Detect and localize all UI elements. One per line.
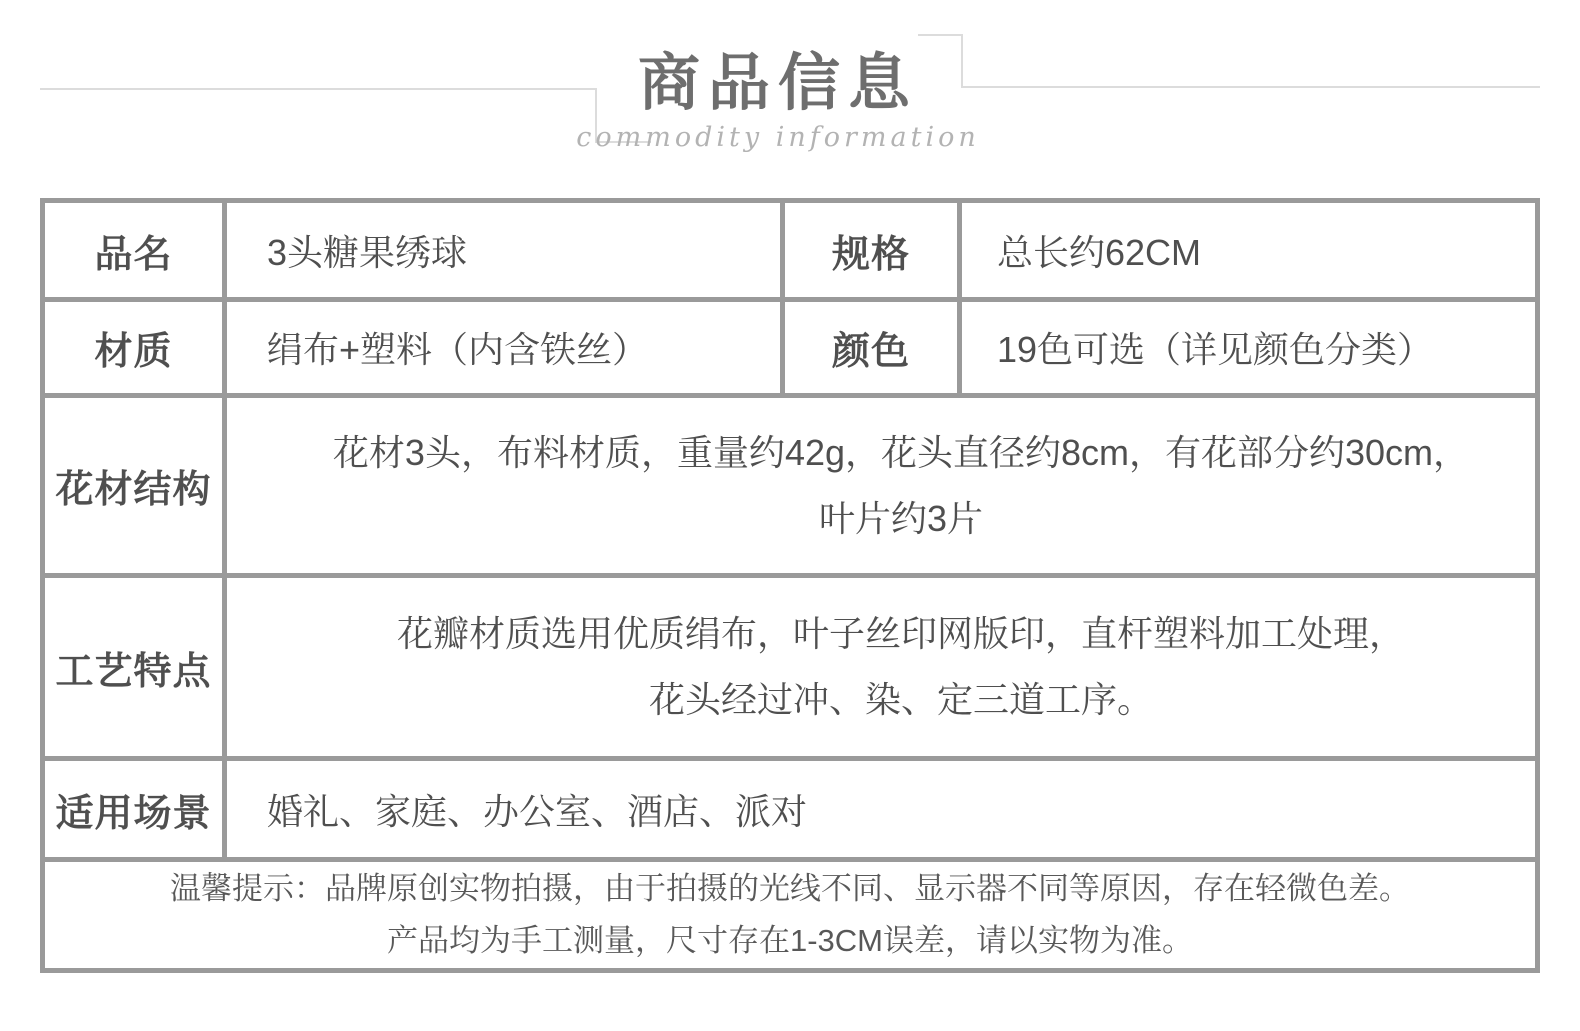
craft-line-1: 花瓣材质选用优质绢布，叶子丝印网版印，直杆塑料加工处理， (397, 601, 1405, 667)
value-material: 绢布+塑料（内含铁丝） (227, 302, 785, 393)
label-material: 材质 (45, 302, 227, 393)
label-product-name: 品名 (45, 203, 227, 297)
page-title: 商品信息 (0, 42, 1556, 126)
label-color: 颜色 (785, 302, 962, 393)
craft-line-2: 花头经过冲、染、定三道工序。 (649, 667, 1153, 733)
table-row-structure: 花材结构 花材3头，布料材质，重量约42g，花头直径约8cm，有花部分约30cm… (45, 398, 1535, 578)
table-row-craft: 工艺特点 花瓣材质选用优质绢布，叶子丝印网版印，直杆塑料加工处理， 花头经过冲、… (45, 578, 1535, 761)
value-applicable-scenes: 婚礼、家庭、办公室、酒店、派对 (227, 761, 1535, 857)
label-flower-structure: 花材结构 (45, 398, 227, 573)
notice-text: 温馨提示：品牌原创实物拍摄，由于拍摄的光线不同、显示器不同等原因，存在轻微色差。… (45, 862, 1535, 968)
table-row-material-color: 材质 绢布+塑料（内含铁丝） 颜色 19色可选（详见颜色分类） (45, 302, 1535, 398)
label-applicable-scenes: 适用场景 (45, 761, 227, 857)
structure-line-1: 花材3头，布料材质，重量约42g，花头直径约8cm，有花部分约30cm， (333, 420, 1469, 486)
page-subtitle: commodity information (0, 122, 1556, 153)
table-row-name-spec: 品名 3头糖果绣球 规格 总长约62CM (45, 203, 1535, 302)
value-specification: 总长约62CM (962, 203, 1535, 297)
decor-line-right-top (918, 34, 963, 36)
product-info-table: 品名 3头糖果绣球 规格 总长约62CM 材质 绢布+塑料（内含铁丝） 颜色 1… (40, 198, 1540, 973)
value-color: 19色可选（详见颜色分类） (962, 302, 1535, 393)
value-product-name: 3头糖果绣球 (227, 203, 785, 297)
product-info-page: 商品信息 commodity information 品名 3头糖果绣球 规格 … (0, 0, 1580, 1031)
table-row-notice: 温馨提示：品牌原创实物拍摄，由于拍摄的光线不同、显示器不同等原因，存在轻微色差。… (45, 862, 1535, 968)
value-flower-structure: 花材3头，布料材质，重量约42g，花头直径约8cm，有花部分约30cm， 叶片约… (227, 398, 1535, 573)
notice-line-2: 产品均为手工测量，尺寸存在1-3CM误差，请以实物为准。 (45, 915, 1535, 967)
structure-line-2: 叶片约3片 (819, 486, 983, 552)
notice-line-1: 温馨提示：品牌原创实物拍摄，由于拍摄的光线不同、显示器不同等原因，存在轻微色差。 (45, 863, 1535, 915)
table-row-scenes: 适用场景 婚礼、家庭、办公室、酒店、派对 (45, 761, 1535, 862)
label-specification: 规格 (785, 203, 962, 297)
label-craft-features: 工艺特点 (45, 578, 227, 756)
value-craft-features: 花瓣材质选用优质绢布，叶子丝印网版印，直杆塑料加工处理， 花头经过冲、染、定三道… (227, 578, 1535, 756)
